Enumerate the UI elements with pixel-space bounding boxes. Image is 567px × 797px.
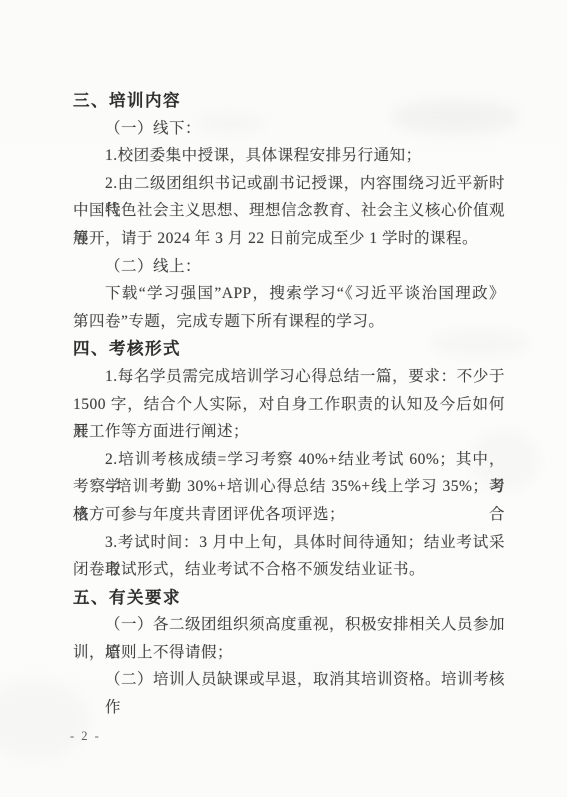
text-line: 3.考试时间：3 月中上旬，具体时间待通知；结业考试采取 [73, 529, 505, 557]
page-number: - 2 - [70, 729, 101, 744]
text-line: 1500 字，结合个人实际，对自身工作职责的认知及今后如何开 [73, 391, 505, 419]
section-heading-requirements: 五、有关要求 [73, 584, 505, 612]
section-heading-training-content: 三、培训内容 [73, 87, 505, 115]
subheading-online: （二）线上： [73, 253, 505, 281]
text-line: 2.由二级团组织书记或副书记授课，内容围绕习近平新时代 [73, 170, 505, 198]
text-line: 1.校团委集中授课，具体课程安排另行通知； [73, 142, 505, 170]
text-line: 1.每名学员需完成培训学习心得总结一篇，要求：不少于 [73, 363, 505, 391]
text-line: 闭卷考试形式，结业考试不合格不颁发结业证书。 [73, 556, 505, 584]
text-line: （二）培训人员缺课或早退，取消其培训资格。培训考核作 [73, 666, 505, 694]
text-line: 展工作等方面进行阐述； [73, 418, 505, 446]
text-line: 下载“学习强国”APP，搜索学习“《习近平谈治国理政》 [73, 280, 505, 308]
section-heading-assessment-form: 四、考核形式 [73, 335, 505, 363]
text-line: 考察=培训考勤 30%+培训心得总结 35%+线上学习 35%；考核合 [73, 473, 505, 501]
subheading-offline: （一）线下： [73, 115, 505, 143]
scanned-document-page: 三、培训内容 （一）线下： 1.校团委集中授课，具体课程安排另行通知； 2.由二… [0, 0, 567, 797]
text-line: 训，原则上不得请假； [73, 639, 505, 667]
text-line: 中国特色社会主义思想、理想信念教育、社会主义核心价值观等 [73, 197, 505, 225]
text-line: 第四卷”专题，完成专题下所有课程的学习。 [73, 308, 505, 336]
text-line: （一）各二级团组织须高度重视，积极安排相关人员参加培 [73, 611, 505, 639]
text-line: 2.培训考核成绩=学习考察 40%+结业考试 60%；其中，学习 [73, 446, 505, 474]
text-line: 展开，请于 2024 年 3 月 22 日前完成至少 1 学时的课程。 [73, 225, 505, 253]
document-body: 三、培训内容 （一）线下： 1.校团委集中授课，具体课程安排另行通知； 2.由二… [73, 87, 505, 694]
